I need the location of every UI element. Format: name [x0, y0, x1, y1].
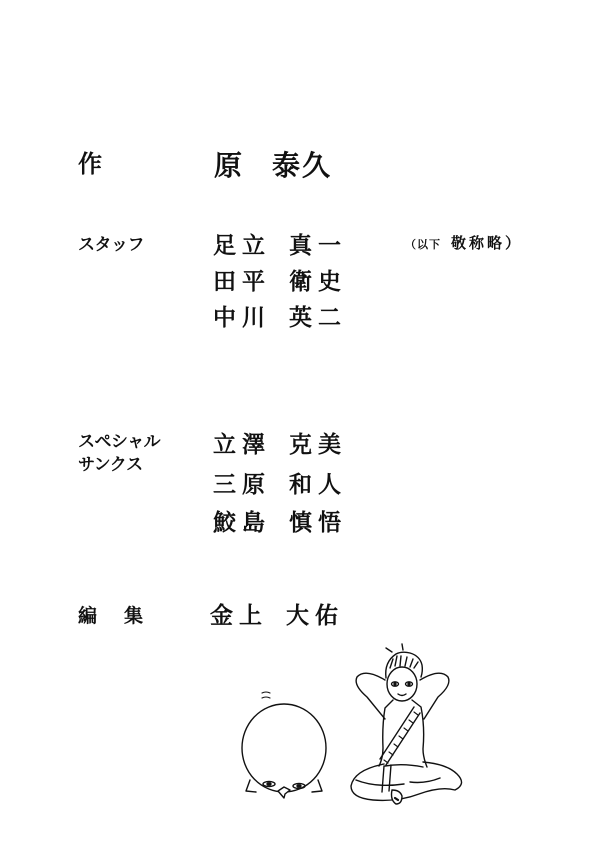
special-thanks-label-line1: スペシャル	[78, 431, 160, 453]
family-name: 中川	[213, 305, 271, 331]
author-given-name: 泰久	[272, 150, 332, 182]
family-name: 田平	[213, 269, 271, 295]
family-name: 立澤	[213, 432, 271, 458]
credits-page: 作 原泰久 スタッフ （以下敬称略） 足立真一 田平衛史 中川英二 スペシャル …	[0, 0, 601, 864]
family-name: 三原	[213, 472, 271, 498]
given-name: 和人	[289, 472, 347, 498]
note-text: 敬称略）	[451, 234, 523, 252]
special-thanks-member: 鮫島慎悟	[213, 510, 347, 536]
given-name: 慎悟	[289, 510, 347, 536]
illustration	[230, 640, 480, 820]
editor-label: 編 集	[78, 605, 147, 627]
special-thanks-member: 立澤克美	[213, 432, 347, 458]
staff-label: スタッフ	[78, 234, 144, 256]
special-thanks-member: 三原和人	[213, 472, 347, 498]
family-name: 金上	[210, 603, 268, 629]
given-name: 真一	[289, 233, 347, 259]
staff-member: 足立真一	[213, 233, 347, 259]
staff-member: 田平衛史	[213, 269, 347, 295]
staff-member: 中川英二	[213, 305, 347, 331]
seated-boy-icon	[351, 644, 462, 804]
given-name: 克美	[289, 432, 347, 458]
given-name: 英二	[289, 305, 347, 331]
author-name: 原泰久	[214, 150, 332, 182]
round-bird-icon	[242, 692, 326, 798]
note-prefix: （以下	[405, 238, 441, 251]
family-name: 足立	[213, 233, 271, 259]
honorifics-omitted-note: （以下敬称略）	[405, 233, 523, 255]
author-family-name: 原	[214, 150, 242, 182]
given-name: 大佑	[286, 603, 344, 629]
author-label: 作	[78, 150, 102, 178]
given-name: 衛史	[289, 269, 347, 295]
editor-name: 金上大佑	[210, 603, 344, 629]
family-name: 鮫島	[213, 510, 271, 536]
special-thanks-label-line2: サンクス	[78, 454, 143, 476]
